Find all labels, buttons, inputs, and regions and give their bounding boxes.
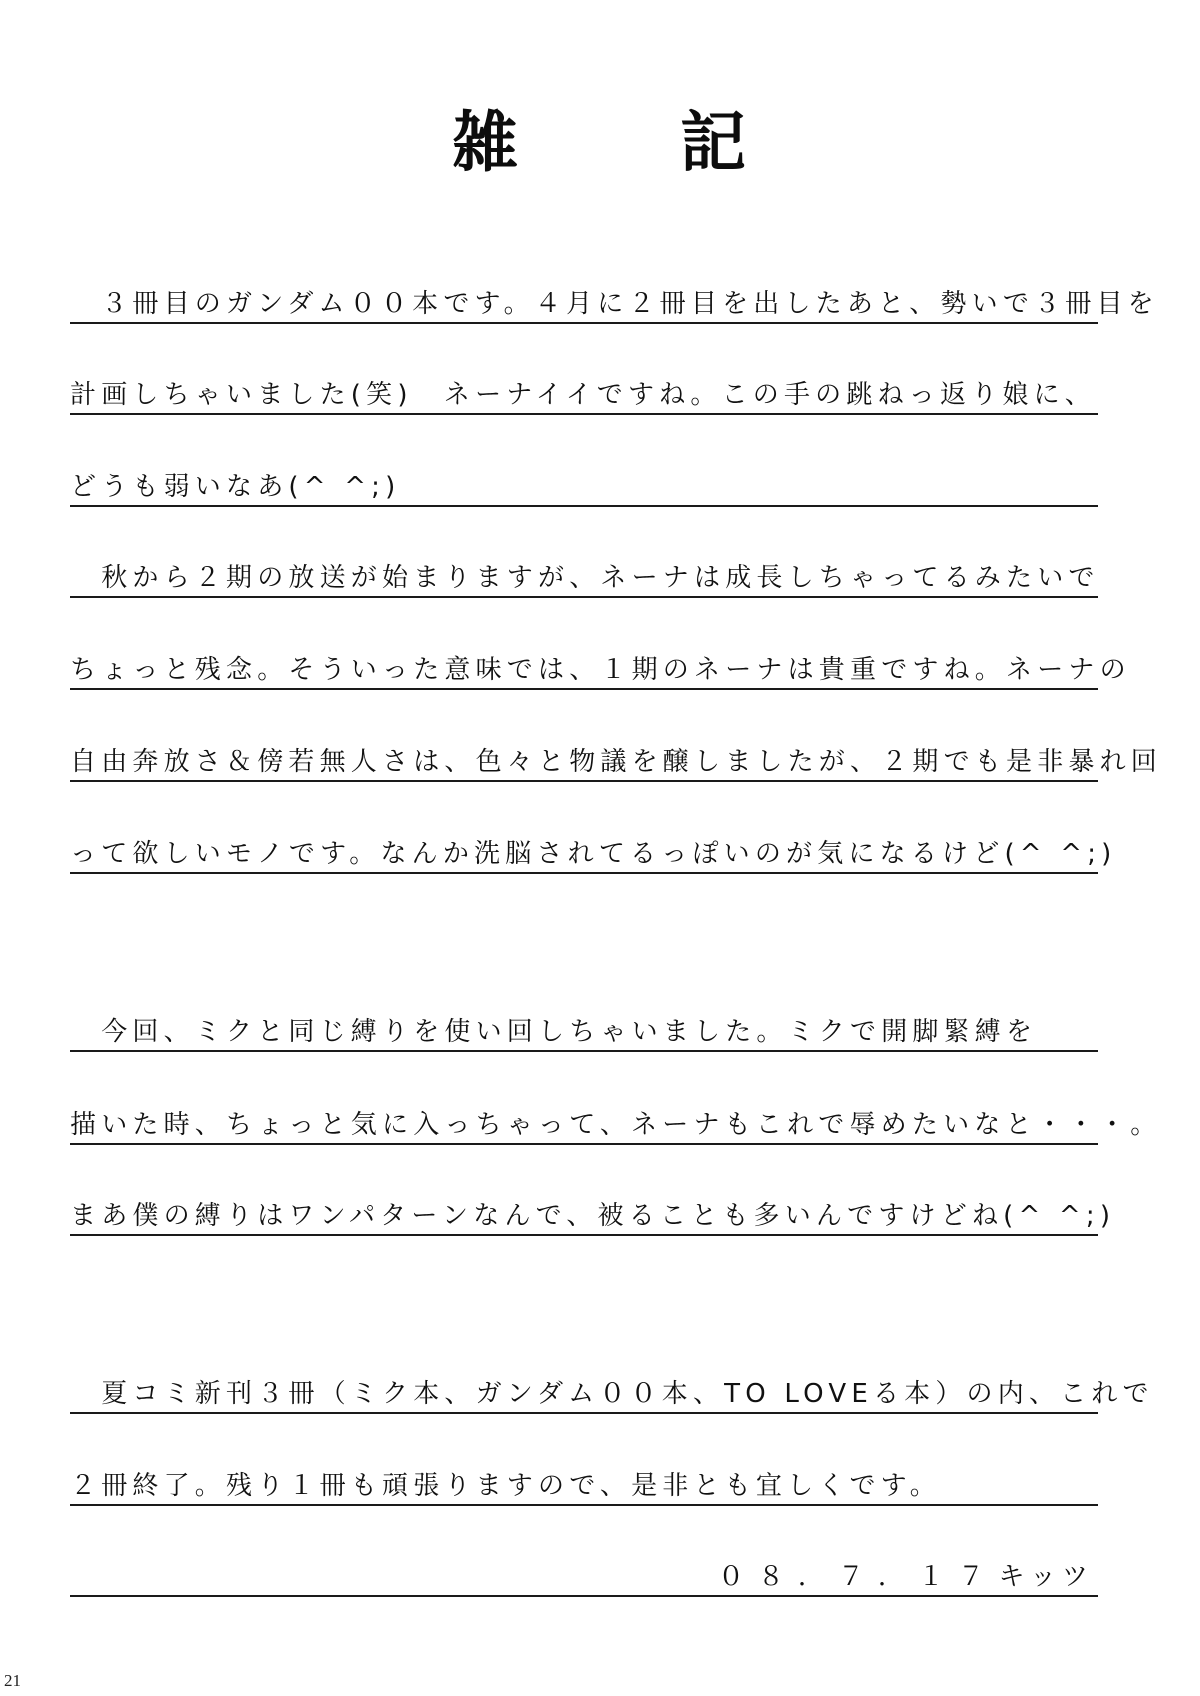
ruled-line: まあ僕の縛りはワンパターンなんで、被ることも多いんですけどね(^ ^;)	[70, 1200, 1098, 1236]
ruled-line: って欲しいモノです。なんか洗脳されてるっぽいのが気になるけど(^ ^;)	[70, 838, 1098, 874]
title-char-2: 記	[680, 102, 746, 182]
signature-date: ０８．７．１７	[718, 1562, 998, 1592]
ruled-line: ３冊目のガンダム００本です。４月に２冊目を出したあと、勢いで３冊目を	[70, 288, 1098, 324]
ruled-line: 秋から２期の放送が始まりますが、ネーナは成長しちゃってるみたいで	[70, 562, 1098, 598]
line-text: 計画しちゃいました(笑) ネーナイイですね。この手の跳ねっ返り娘に、	[70, 380, 1096, 410]
signature-line: ０８．７．１７ キッツ	[70, 1561, 1098, 1597]
title-char-1: 雑	[452, 102, 518, 182]
ruled-line: ２冊終了。残り１冊も頑張りますので、是非とも宜しくです。	[70, 1470, 1098, 1506]
line-text: まあ僕の縛りはワンパターンなんで、被ることも多いんですけどね(^ ^;)	[70, 1201, 1115, 1231]
line-text: って欲しいモノです。なんか洗脳されてるっぽいのが気になるけど(^ ^;)	[70, 839, 1117, 869]
line-text: 描いた時、ちょっと気に入っちゃって、ネーナもこれで辱めたいなと・・・。	[70, 1110, 1161, 1140]
line-text: ３冊目のガンダム００本です。４月に２冊目を出したあと、勢いで３冊目を	[70, 289, 1159, 319]
signature-author: キッツ	[999, 1562, 1094, 1592]
line-text: 自由奔放さ＆傍若無人さは、色々と物議を醸しましたが、２期でも是非暴れ回	[70, 747, 1162, 777]
ruled-line: ちょっと残念。そういった意味では、１期のネーナは貴重ですね。ネーナの	[70, 654, 1098, 690]
line-text: 秋から２期の放送が始まりますが、ネーナは成長しちゃってるみたいで	[70, 563, 1100, 593]
ruled-line: 計画しちゃいました(笑) ネーナイイですね。この手の跳ねっ返り娘に、	[70, 379, 1098, 415]
page-number: 21	[4, 1672, 21, 1690]
line-text: ２冊終了。残り１冊も頑張りますので、是非とも宜しくです。	[70, 1471, 941, 1501]
line-text: 今回、ミクと同じ縛りを使い回しちゃいました。ミクで開脚緊縛を	[70, 1017, 1037, 1047]
line-text: 夏コミ新刊３冊（ミク本、ガンダム００本、TO LOVEる本）の内、これで	[70, 1379, 1154, 1409]
ruled-line: 描いた時、ちょっと気に入っちゃって、ネーナもこれで辱めたいなと・・・。	[70, 1109, 1098, 1145]
line-text: どうも弱いなあ(^ ^;)	[70, 472, 400, 502]
ruled-line: どうも弱いなあ(^ ^;)	[70, 471, 1098, 507]
ruled-line: 今回、ミクと同じ縛りを使い回しちゃいました。ミクで開脚緊縛を	[70, 1016, 1098, 1052]
ruled-line: 自由奔放さ＆傍若無人さは、色々と物議を醸しましたが、２期でも是非暴れ回	[70, 746, 1098, 782]
line-text: ちょっと残念。そういった意味では、１期のネーナは貴重ですね。ネーナの	[70, 655, 1131, 685]
ruled-line: 夏コミ新刊３冊（ミク本、ガンダム００本、TO LOVEる本）の内、これで	[70, 1378, 1098, 1414]
